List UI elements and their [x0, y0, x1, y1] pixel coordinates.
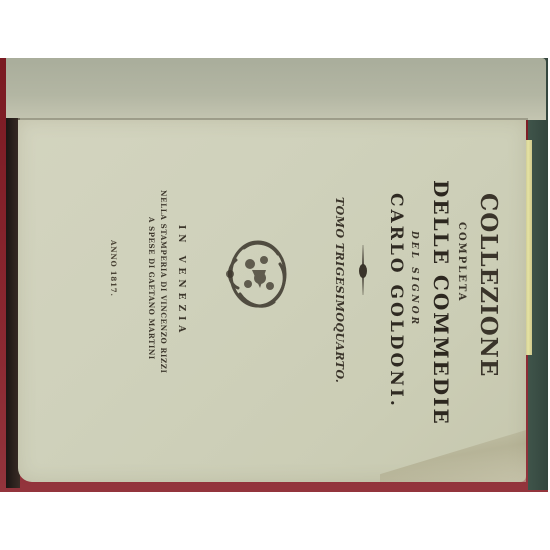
printer-ornament-icon: [220, 230, 292, 314]
decorative-rule-swell: [359, 264, 367, 278]
volume-number: TOMO TRIGESIMOQUARTO.: [334, 197, 345, 383]
publisher-line: A SPESE DI GAETANO MARTINI: [148, 217, 155, 360]
title-collezione: COLLEZIONE: [477, 193, 500, 377]
title-completa: COMPLETA: [456, 222, 466, 303]
publication-year: ANNO 1817.: [110, 240, 117, 297]
page-crease: [18, 118, 528, 120]
author-name: CARLO GOLDONI.: [387, 193, 404, 409]
endpaper: [6, 58, 546, 120]
title-delle-commedie: DELLE COMMEDIE: [431, 180, 451, 426]
place-of-publication: IN VENEZIA: [176, 225, 185, 337]
printer-line: NELLA STAMPERIA DI VINCENZO RIZZI: [160, 190, 167, 374]
book-photo: COLLEZIONE COMPLETA DELLE COMMEDIE DEL S…: [0, 0, 550, 550]
author-prefix: DEL SIGNOR: [409, 231, 418, 327]
